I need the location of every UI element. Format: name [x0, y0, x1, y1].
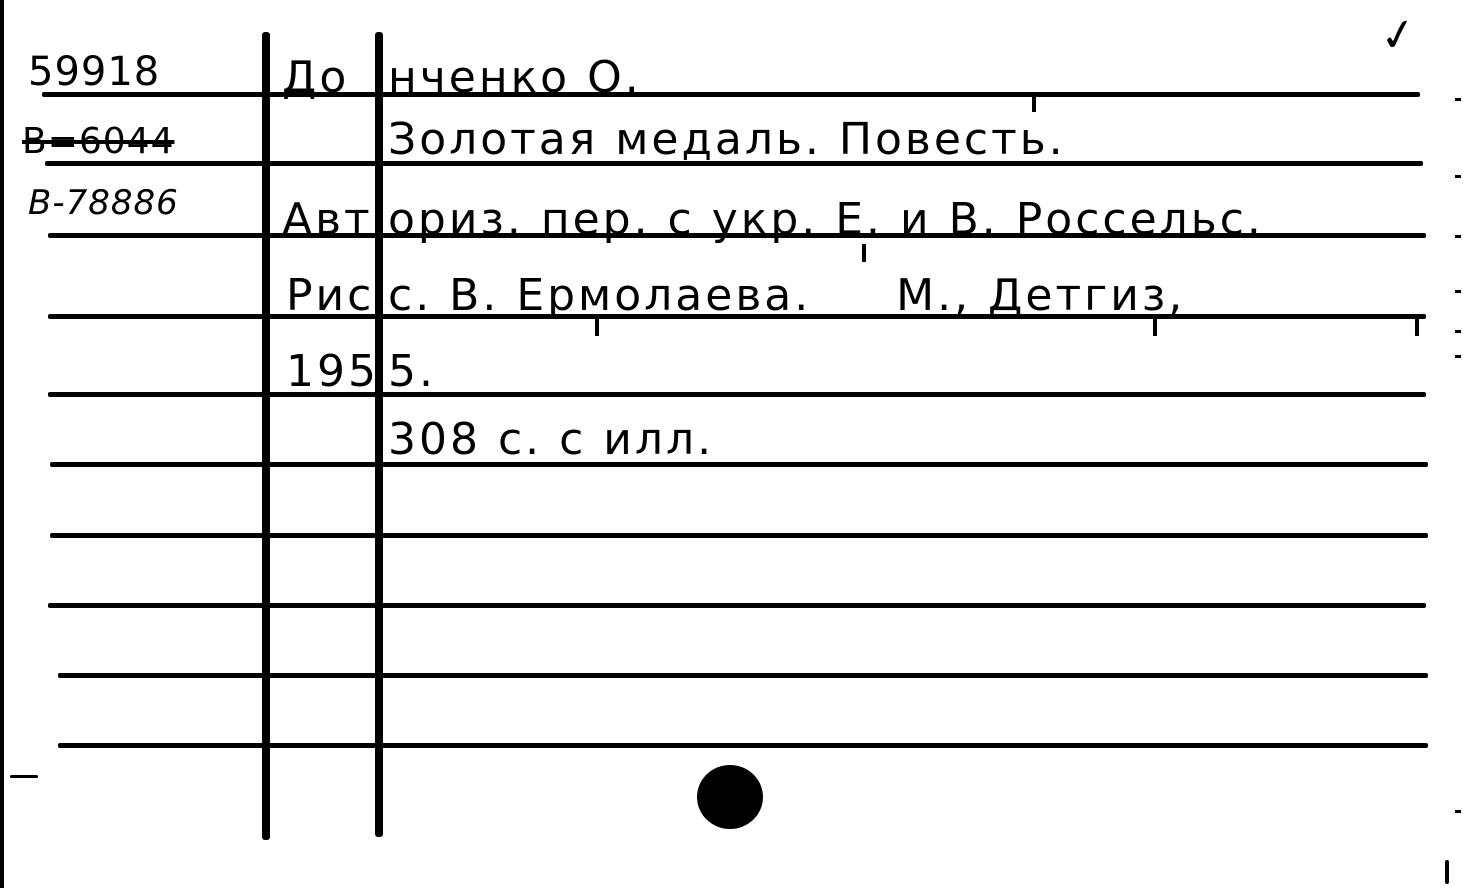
descender-tick: [595, 318, 599, 336]
pagination: 308 с. с илл.: [388, 418, 714, 462]
card-left-edge: [0, 0, 4, 888]
illustrator-publisher: с. В. Ермолаева. М., Детгиз,: [388, 274, 1185, 318]
entry-col2-line-4: Рис: [286, 274, 374, 318]
edge-mark: [1445, 860, 1449, 884]
struck-call-number: В=6044: [22, 124, 174, 160]
edge-mark: [1455, 235, 1461, 238]
edge-mark: [1455, 98, 1461, 101]
descender-tick: [862, 244, 866, 262]
rule-line: [48, 392, 1426, 397]
edge-mark: [1455, 810, 1461, 813]
edge-mark: [1455, 290, 1461, 293]
column-rule-2: [375, 32, 383, 837]
call-number: 59918: [28, 52, 160, 92]
translation-note: ориз. пер. с укр. Е. и В. Россельс.: [388, 198, 1264, 242]
rule-line: [58, 743, 1428, 748]
rule-line: [48, 603, 1426, 608]
publication-year: 5.: [388, 350, 436, 394]
entry-col2-line-5: 195: [286, 350, 379, 394]
inventory-number: В-78886: [28, 186, 179, 220]
book-title: Золотая медаль. Повесть.: [388, 118, 1066, 162]
punch-hole: [697, 765, 763, 829]
entry-col2-line-1: До: [282, 56, 349, 100]
rule-line: [42, 92, 1420, 97]
checkmark-icon: ✓: [1376, 7, 1421, 64]
rule-line: [58, 673, 1428, 678]
rule-line: [50, 533, 1428, 538]
edge-mark: [1455, 175, 1461, 178]
column-rule-1: [262, 32, 270, 840]
rule-line: [50, 462, 1428, 467]
catalog-card: 59918 В=6044 В-78886 До Авт Рис 195 нчен…: [0, 0, 1464, 888]
edge-mark: [10, 775, 38, 778]
descender-tick: [1415, 318, 1419, 336]
descender-tick: [1153, 318, 1157, 336]
edge-mark: [1455, 330, 1461, 333]
descender-tick: [1032, 94, 1036, 112]
edge-mark: [1455, 355, 1461, 358]
author-name: нченко О.: [388, 56, 642, 100]
entry-col2-line-3: Авт: [282, 198, 373, 242]
